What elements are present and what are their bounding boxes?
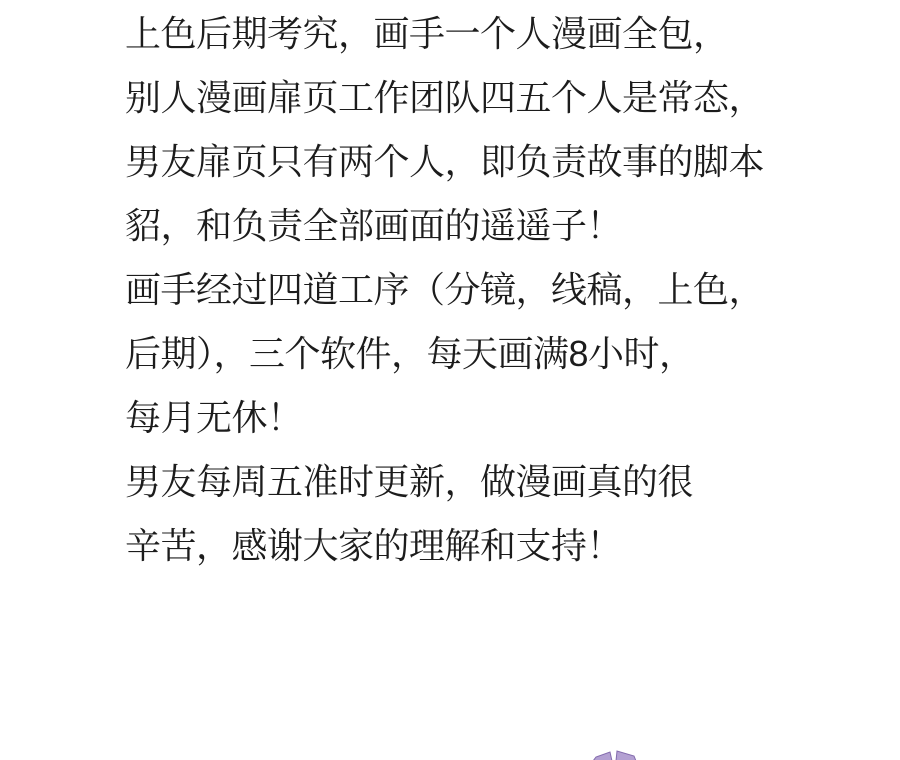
text-line: 画手经过四道工序（分镜，线稿，上色， <box>125 258 805 322</box>
text-line: 男友每周五准时更新，做漫画真的很 <box>125 450 805 514</box>
text-line: 上色后期考究，画手一个人漫画全包， <box>125 2 805 66</box>
bow-ribbon-tip-icon <box>592 747 640 760</box>
narration-text-block: 上色后期考究，画手一个人漫画全包， 别人漫画扉页工作团队四五个人是常态， 男友扉… <box>125 2 805 578</box>
text-line: 别人漫画扉页工作团队四五个人是常态， <box>125 66 805 130</box>
text-line: 每月无休！ <box>125 386 805 450</box>
text-line: 后期），三个软件，每天画满8小时， <box>125 322 805 386</box>
comic-text-page: 上色后期考究，画手一个人漫画全包， 别人漫画扉页工作团队四五个人是常态， 男友扉… <box>0 0 900 760</box>
text-line: 貂，和负责全部画面的遥遥子！ <box>125 194 805 258</box>
text-line: 男友扉页只有两个人，即负责故事的脚本 <box>125 130 805 194</box>
text-line: 辛苦，感谢大家的理解和支持！ <box>125 514 805 578</box>
